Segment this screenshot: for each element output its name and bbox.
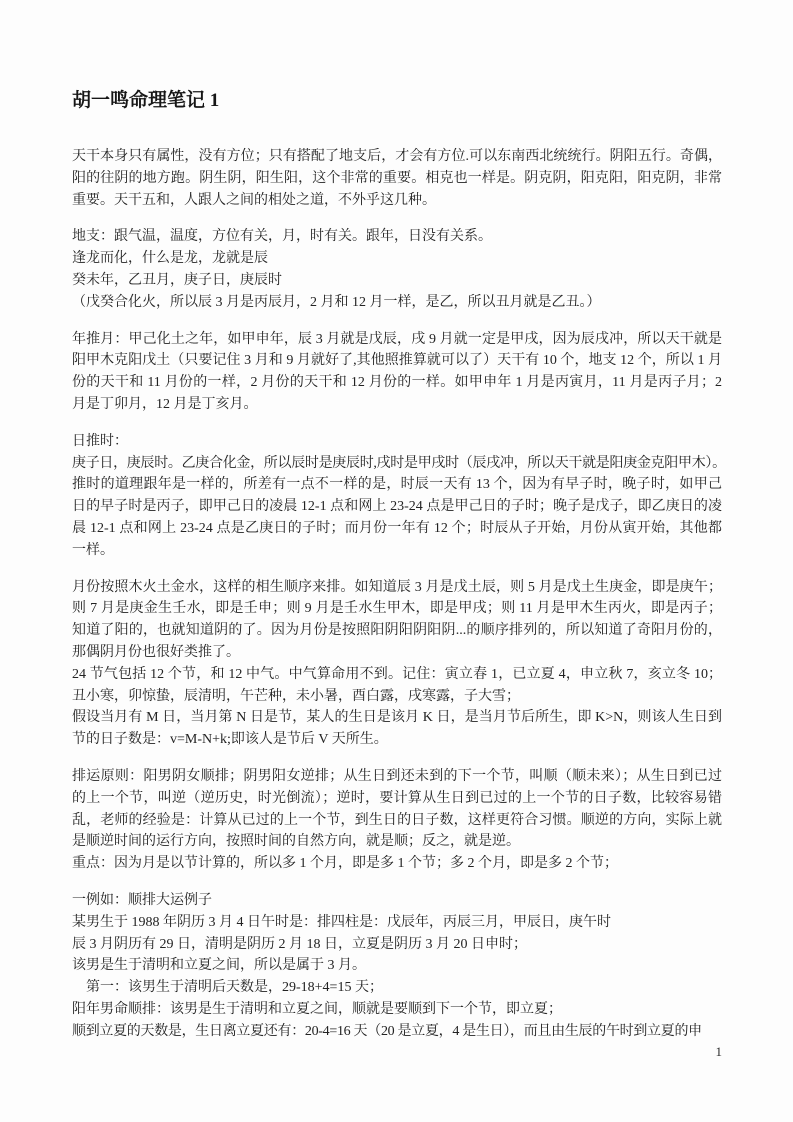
text-line: 重要。天干五和，人跟人之间的相处之道，不外乎这几种。 — [72, 190, 722, 212]
text-line: 月是丁卯月，12 月是丁亥月。 — [72, 394, 722, 416]
text-line: 庚子日，庚辰时。乙庚合化金，所以辰时是庚辰时,戌时是甲戌时（辰戌冲，所以天干就是… — [72, 453, 722, 475]
para-year-to-month: 年推月：甲己化土之年，如甲申年，辰 3 月就是戊辰，戌 9 月就一定是甲戌，因为… — [72, 329, 722, 416]
text-line: 晨 12-1 点和网上 23-24 点是乙庚日的子时；而月份一年有 12 个；时… — [72, 518, 722, 540]
text-line: 癸未年，乙丑月，庚子日，庚辰时 — [72, 270, 722, 292]
text-line: 乱，老师的经验是：计算从已过的上一个节，到生日的日子数，这样更符合习惯。顺逆的方… — [72, 810, 722, 832]
para-paiyun-rules: 排运原则：阳男阴女顺排；阴男阳女逆排；从生日到还未到的下一个节，叫顺（顺未来）；… — [72, 766, 722, 875]
document-page: 胡一鸣命理笔记 1 天干本身只有属性，没有方位；只有搭配了地支后，才会有方位.可… — [0, 0, 793, 1122]
page-number: 1 — [716, 1044, 723, 1060]
para-example-shunpai-dayun: 一例如：顺排大运例子某男生于 1988 年阴历 3 月 4 日午时是：排四柱是：… — [72, 890, 722, 1043]
text-line: 阳甲木克阳戊土（只要记住 3 月和 9 月就好了,其他照推算就可以了）天干有 1… — [72, 350, 722, 372]
document-body: 天干本身只有属性，没有方位；只有搭配了地支后，才会有方位.可以东南西北统统行。阴… — [72, 146, 722, 1042]
text-line: 那偶阴月份也很好类推了。 — [72, 642, 722, 664]
text-line: （戊癸合化火，所以辰 3 月是丙辰月，2 月和 12 月一样，是乙，所以丑月就是… — [72, 292, 722, 314]
text-line: 一样。 — [72, 540, 722, 562]
document-content: 胡一鸣命理笔记 1 天干本身只有属性，没有方位；只有搭配了地支后，才会有方位.可… — [72, 88, 722, 1042]
text-line: 排运原则：阳男阴女顺排；阴男阳女逆排；从生日到还未到的下一个节，叫顺（顺未来）；… — [72, 766, 722, 788]
text-line: 份的天干和 11 月份的一样，2 月份的天干和 12 月份的一样。如甲申年 1 … — [72, 372, 722, 394]
text-line: 顺到立夏的天数是，生日离立夏还有：20-4=16 天（20 是立夏，4 是生日）… — [72, 1021, 722, 1043]
text-line: 第一：该男生于清明后天数是，29-18+4=15 天； — [72, 977, 722, 999]
para-tiangan-intro: 天干本身只有属性，没有方位；只有搭配了地支后，才会有方位.可以东南西北统统行。阴… — [72, 146, 722, 211]
text-line: 辰 3 月阴历有 29 日，清明是阴历 2 月 18 日，立夏是阴历 3 月 2… — [72, 934, 722, 956]
para-day-to-hour: 日推时：庚子日，庚辰时。乙庚合化金，所以辰时是庚辰时,戌时是甲戌时（辰戌冲，所以… — [72, 431, 722, 562]
document-title: 胡一鸣命理笔记 1 — [72, 88, 722, 114]
text-line: 某男生于 1988 年阴历 3 月 4 日午时是：排四柱是：戊辰年，丙辰三月，甲… — [72, 912, 722, 934]
text-line: 丑小寒，卯惊蛰，辰清明，午芒种，未小暑，酉白露，戌寒露，子大雪； — [72, 686, 722, 708]
text-line: 天干本身只有属性，没有方位；只有搭配了地支后，才会有方位.可以东南西北统统行。阴… — [72, 146, 722, 168]
text-line: 节的日子数是：v=M-N+k;即该人是节后 V 天所生。 — [72, 729, 722, 751]
text-line: 的上一个节，叫逆（逆历史，时光倒流）；逆时，要计算从生日到已过的上一个节的日子数… — [72, 788, 722, 810]
para-dizhi: 地支：跟气温，温度，方位有关，月，时有关。跟年，日没有关系。逢龙而化，什么是龙，… — [72, 226, 722, 313]
text-line: 地支：跟气温，温度，方位有关，月，时有关。跟年，日没有关系。 — [72, 226, 722, 248]
text-line: 24 节气包括 12 个节，和 12 中气。中气算命用不到。记住：寅立春 1，已… — [72, 664, 722, 686]
text-line: 该男是生于清明和立夏之间，所以是属于 3 月。 — [72, 955, 722, 977]
text-line: 月份按照木火土金水，这样的相生顺序来排。如知道辰 3 月是戊土辰，则 5 月是戊… — [72, 577, 722, 599]
text-line: 重点：因为月是以节计算的，所以多 1 个月，即是多 1 个节；多 2 个月，即是… — [72, 853, 722, 875]
text-line: 日推时： — [72, 431, 722, 453]
text-line: 阳年男命顺排：该男是生于清明和立夏之间，顺就是要顺到下一个节，即立夏； — [72, 999, 722, 1021]
text-line: 假设当月有 M 日，当月第 N 日是节，某人的生日是该月 K 日，是当月节后所生… — [72, 707, 722, 729]
text-line: 年推月：甲己化土之年，如甲申年，辰 3 月就是戊辰，戌 9 月就一定是甲戌，因为… — [72, 329, 722, 351]
text-line: 是顺逆时间的运行方向，按照时间的自然方向，就是顺；反之，就是逆。 — [72, 831, 722, 853]
text-line: 知道了阳的，也就知道阴的了。因为月份是按照阳阴阳阴阳阴...的顺序排列的，所以知… — [72, 620, 722, 642]
text-line: 日的早子时是丙子，即甲己日的凌晨 12-1 点和网上 23-24 点是甲己日的子… — [72, 496, 722, 518]
text-line: 则 7 月是庚金生壬水，即是壬申；则 9 月是壬水生甲木，即是甲戌；则 11 月… — [72, 598, 722, 620]
text-line: 阳的往阴的地方跑。阴生阴，阳生阳，这个非常的重要。相克也一样是。阴克阴，阳克阳，… — [72, 168, 722, 190]
text-line: 逢龙而化，什么是龙，龙就是辰 — [72, 248, 722, 270]
text-line: 推时的道理跟年是一样的，所差有一点不一样的是，时辰一天有 13 个，因为有早子时… — [72, 474, 722, 496]
para-month-order-and-jieqi: 月份按照木火土金水，这样的相生顺序来排。如知道辰 3 月是戊土辰，则 5 月是戊… — [72, 577, 722, 751]
text-line: 一例如：顺排大运例子 — [72, 890, 722, 912]
